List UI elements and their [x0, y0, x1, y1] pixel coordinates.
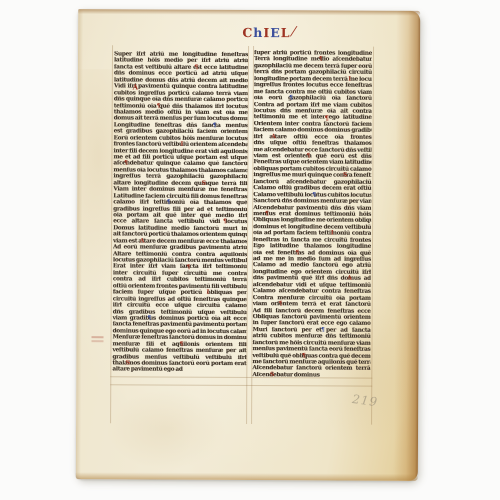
- rubrication-mark: A: [347, 276, 352, 282]
- rubrication-mark: ¶: [167, 200, 171, 206]
- ruling-line: [110, 384, 372, 386]
- leaf-fore-edge: [394, 11, 420, 481]
- rubrication-mark: ¶: [265, 211, 269, 217]
- rubrication-mark: ¶: [223, 219, 227, 225]
- leaf-left-edge: [76, 9, 83, 479]
- running-title-letter: h: [253, 25, 263, 40]
- rubrication-mark: S: [270, 372, 274, 378]
- rubrication-mark: ¶: [147, 316, 151, 322]
- photo-background: ChIEL/ Super iſrł atriū me longitudine f…: [0, 0, 500, 500]
- rubrication-mark: S: [202, 181, 206, 187]
- rubrication-mark: ¶: [324, 115, 329, 122]
- folio-number-pencil: 219: [351, 392, 378, 409]
- rubrication-mark: ¶: [279, 301, 283, 307]
- text-column-right: ſuper atriū porticū frontes longitudineT…: [252, 50, 372, 380]
- running-title: ChIEL/: [234, 25, 304, 40]
- rubrication-mark: A: [140, 238, 145, 244]
- text-column-left: Super iſrł atriū me longitudine feneſtra…: [112, 51, 248, 374]
- text-line: altare pavimentū ego ad: [112, 367, 246, 374]
- rubrication-mark: I: [207, 290, 210, 296]
- rubrication-mark: ¶: [179, 341, 183, 347]
- leaf-bottom-edge: [76, 472, 418, 481]
- text-line: oīa eorū gazophilaciū oīa ſanctorū: [254, 95, 372, 102]
- rubrication-mark: ¶: [302, 353, 306, 359]
- rubrication-mark: ¶: [319, 57, 323, 63]
- rubrication-mark: A: [133, 84, 138, 91]
- rubrication-mark: S: [126, 360, 130, 366]
- running-title-letter: C: [242, 25, 253, 40]
- rubrication-mark: I: [331, 231, 334, 237]
- rubrication-mark: I: [348, 76, 351, 82]
- rubrication-mark: ¶: [124, 161, 128, 167]
- rubrication-mark: ¶: [321, 327, 325, 333]
- rubrication-mark: A: [271, 134, 276, 140]
- leaf-top-edge: [78, 9, 420, 16]
- running-title-letter: E: [270, 25, 281, 40]
- rubrication-mark: ¶: [187, 264, 191, 270]
- text-line: Sanctorū dñs dominus menſuræ per viam: [253, 198, 371, 205]
- rubrication-mark: ¶: [194, 65, 198, 71]
- rubrication-mark: S: [343, 173, 347, 179]
- rubrication-mark: ¶: [289, 95, 293, 101]
- text-line: viam orientem terrā et erat ſanctorū: [253, 301, 371, 308]
- rubrication-mark: ¶: [213, 123, 217, 129]
- rubrication-mark: ¶: [307, 153, 311, 159]
- rubrication-mark: ¶: [157, 103, 161, 109]
- marginal-red-mark: [92, 336, 104, 338]
- parchment-stain: [106, 389, 226, 470]
- manuscript-leaf: ChIEL/ Super iſrł atriū me longitudine f…: [76, 9, 420, 481]
- rubrication-mark: I: [181, 142, 184, 148]
- rubrication-mark: ¶: [312, 192, 316, 198]
- rubrication-mark: ¶: [295, 250, 299, 256]
